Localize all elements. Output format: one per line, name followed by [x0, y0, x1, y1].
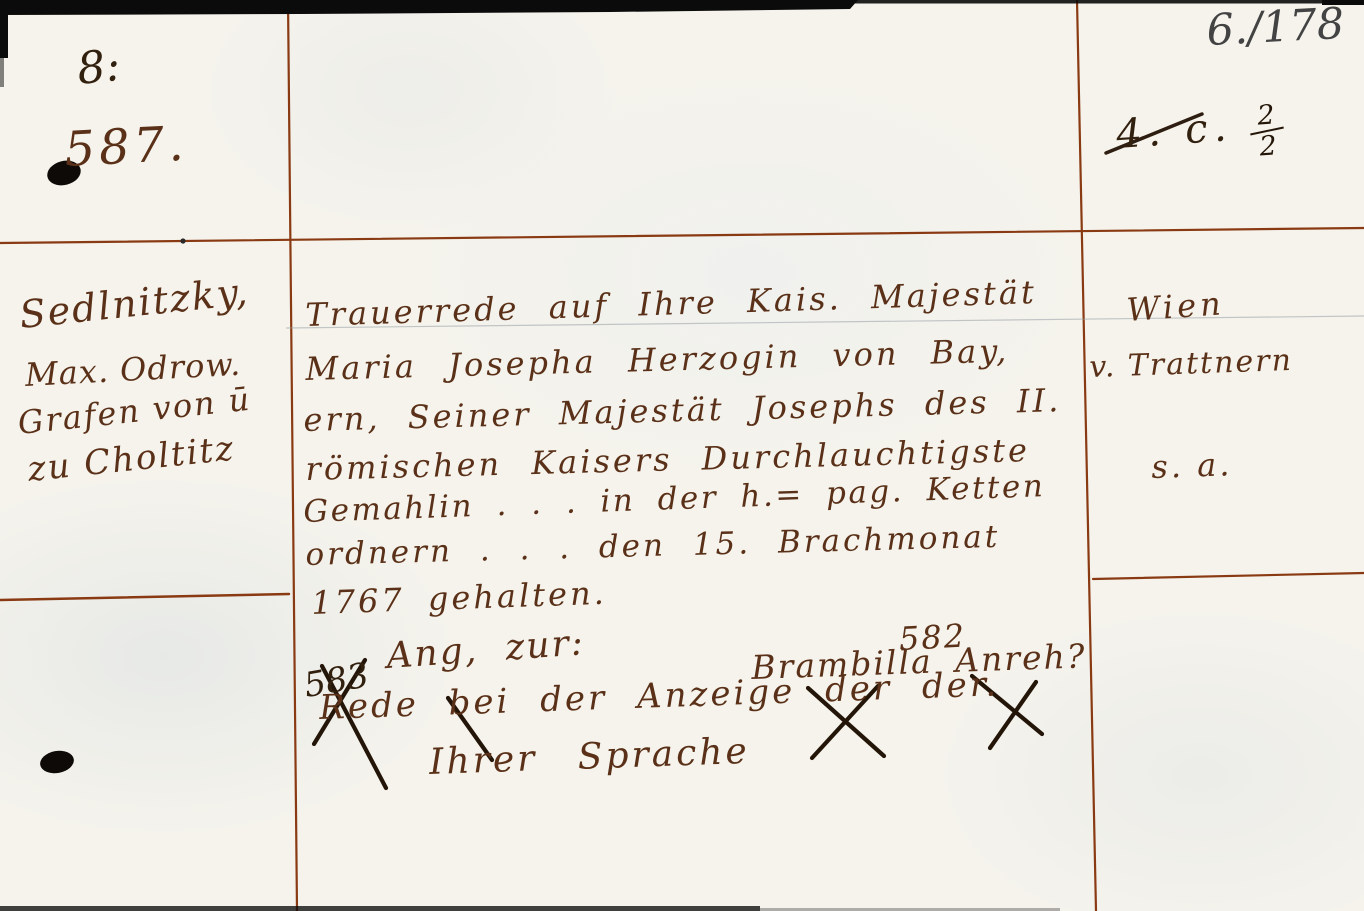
vertical-rule-right [1077, 0, 1096, 911]
archive-code: 6./178 [1205, 0, 1345, 56]
scan-edge-left-fade [0, 55, 4, 87]
shelfmark-main: 4. c. [1115, 104, 1234, 158]
title-line-2: Maria Josepha Herzogin von Bay, [305, 332, 1010, 388]
scan-edge-left [0, 0, 8, 58]
imprint-publisher: v. Trattnern [1089, 343, 1294, 385]
scan-edge-top [0, 0, 858, 15]
shelfmark-fraction: 2 2 [1248, 101, 1286, 161]
scan-edge-top-thin [0, 0, 1364, 4]
ink-blot-bottom-left [38, 748, 75, 776]
crossed-out-line-2: Ihrer Sprache [429, 731, 751, 783]
horizontal-rule-top [0, 228, 1364, 243]
title-line-1: Trauerrede auf Ihre Kais. Majestät [305, 273, 1037, 334]
annotation-prefix: Ang, zur: [385, 622, 586, 677]
shelfmark-fraction-denominator: 2 [1250, 132, 1286, 161]
horizontal-rule-left-cell [0, 594, 289, 600]
scan-edge-bottom [0, 906, 760, 911]
title-line-3: ern, Seiner Majestät Josephs des II. [303, 381, 1062, 439]
title-line-7: 1767 gehalten. [311, 574, 608, 622]
corner-mark: 8: [75, 40, 123, 95]
imprint-year: s. a. [1151, 445, 1233, 486]
title-line-6: ordnern . . . den 15. Brachmonat [305, 519, 1001, 573]
horizontal-rule-right-cell [1093, 573, 1364, 579]
catalog-card-scan: { "card": { "corner_mark": "8:", "entry_… [0, 0, 1364, 911]
entry-number: 587. [63, 116, 189, 178]
author-line-1: Sedlnitzky, [17, 269, 251, 337]
shelfmark-fraction-numerator: 2 [1248, 101, 1284, 130]
vertical-rule-left [288, 0, 297, 911]
imprint-place: Wien [1125, 284, 1226, 329]
ink-speck [180, 238, 185, 243]
